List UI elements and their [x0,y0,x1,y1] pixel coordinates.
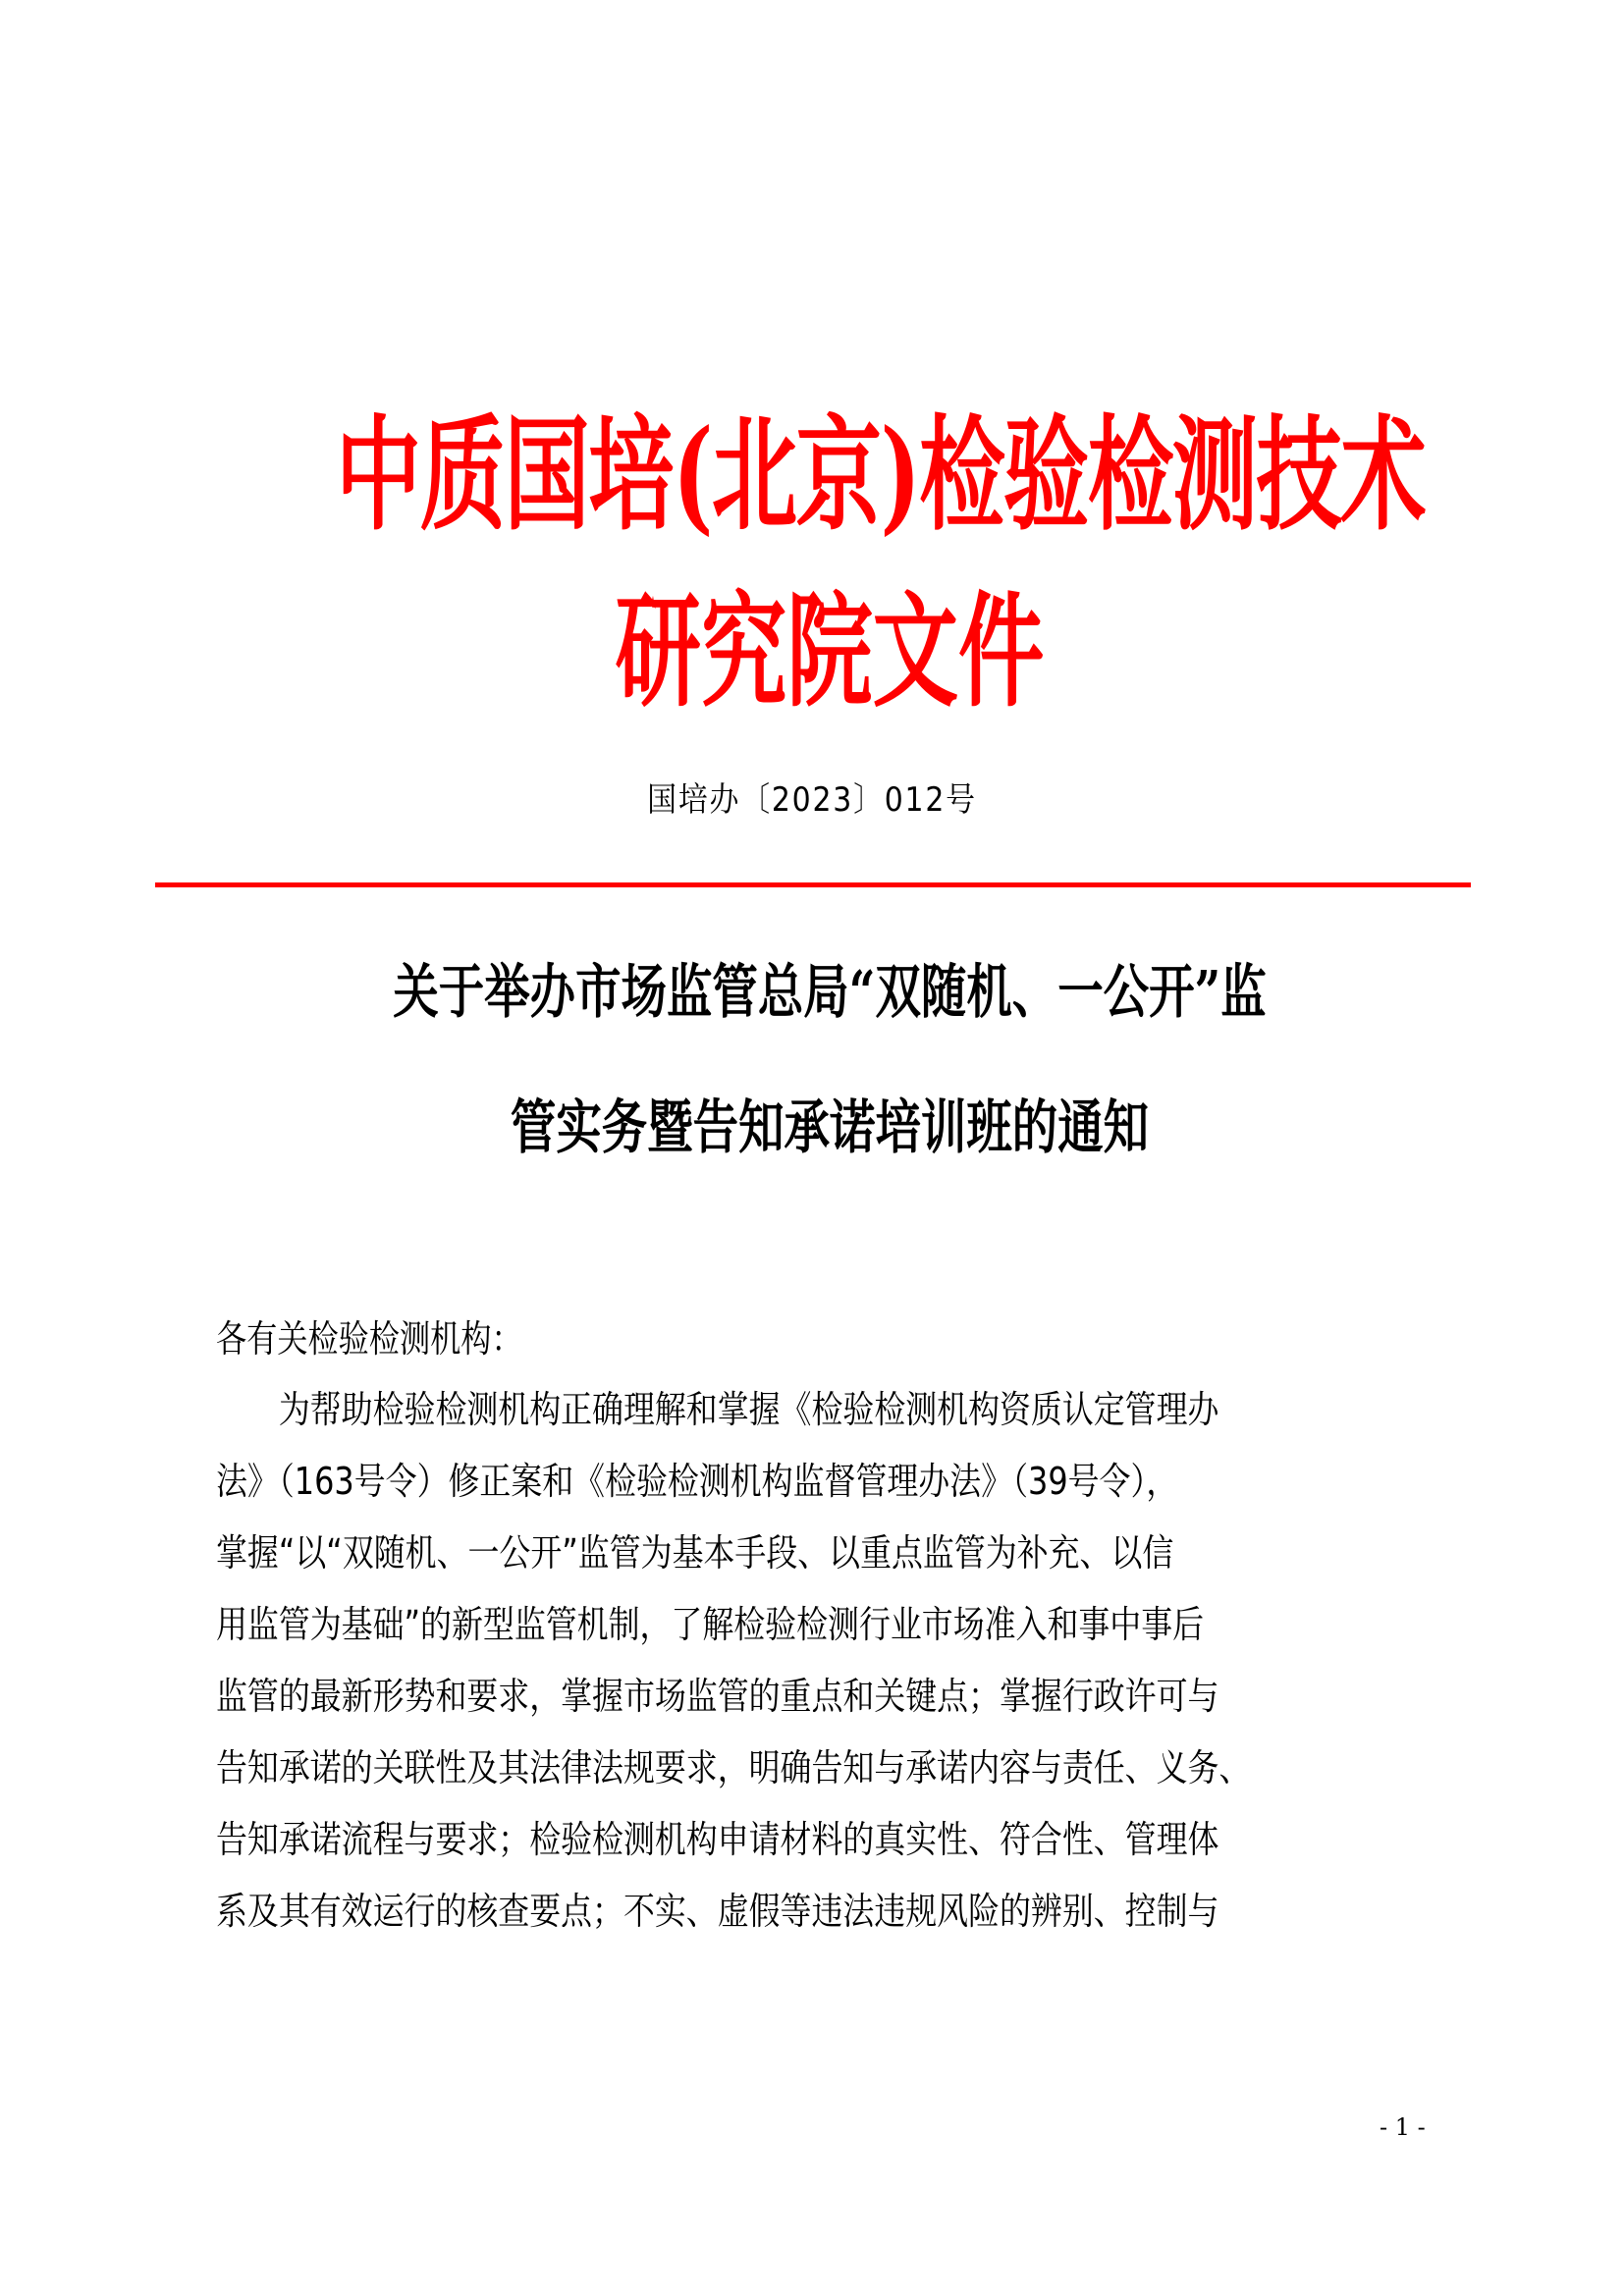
body-paragraph-line: 为帮助检验检测机构正确理解和掌握《检验检测机构资质认定管理办 [216,1374,1230,1446]
notice-title-line1: 关于举办市场监管总局“双随机、一公开”监 [285,954,1374,1030]
body-paragraph-line: 法》（163号令）修正案和《检验检测机构监督管理办法》（39号令）， [216,1446,1230,1518]
body-paragraph-line: 告知承诺的关联性及其法律法规要求，明确告知与承诺内容与责任、义务、 [216,1733,1230,1804]
body-paragraph-line: 告知承诺流程与要求；检验检测机构申请材料的真实性、符合性、管理体 [216,1804,1230,1876]
body-paragraph-line: 系及其有效运行的核查要点；不实、虚假等违法违规风险的辨别、控制与 [216,1876,1230,1948]
document-page: 中质国培(北京)检验检测技术 研究院文件 国培办〔2023〕012号 关于举办市… [0,0,1624,2296]
issuer-title-line2: 研究院文件 [336,576,1324,730]
issuer-title-line1: 中质国培(北京)检验检测技术 [336,400,1324,554]
body-paragraph-line: 用监管为基础”的新型监管机制，了解检验检测行业市场准入和事中事后 [216,1589,1230,1661]
document-number: 国培办〔2023〕012号 [97,775,1527,825]
body-paragraph-line: 掌握“以“双随机、一公开”监管为基本手段、以重点监管为补充、以信 [216,1518,1230,1589]
page-number: - 1 - [1380,2112,1426,2142]
notice-title-line2: 管实务暨告知承诺培训班的通知 [285,1090,1374,1165]
red-divider-rule [155,882,1471,887]
body-paragraph-line: 监管的最新形势和要求，掌握市场监管的重点和关键点；掌握行政许可与 [216,1661,1230,1733]
salutation: 各有关检验检测机构： [216,1304,1207,1375]
